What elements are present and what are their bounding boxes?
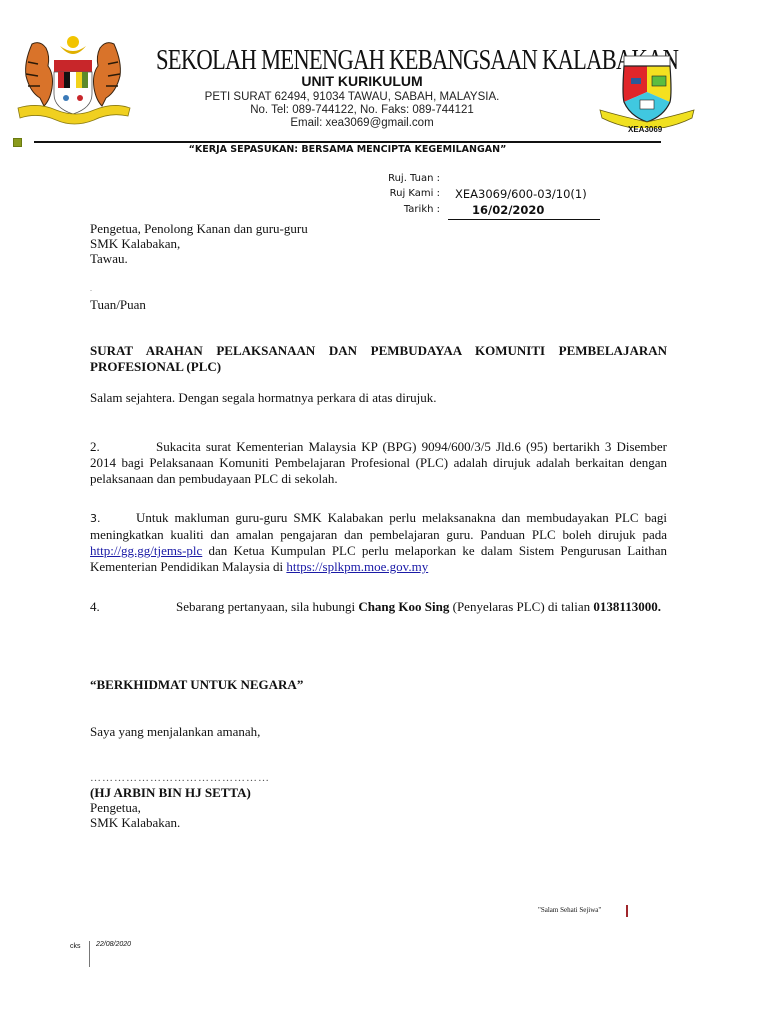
footer-tagline: "Salam Sehati Sejiwa" xyxy=(538,906,601,914)
malaysia-coat-of-arms-logo xyxy=(10,32,136,128)
phone-fax: No. Tel: 089-744122, No. Faks: 089-74412… xyxy=(156,104,568,116)
recipient-line-1: Pengetua, Penolong Kanan dan guru-guru xyxy=(90,221,308,237)
paragraph-2: 2.Sukacita surat Kementerian Malaysia KP… xyxy=(90,439,667,487)
paragraph-3-text-a: Untuk makluman guru-guru SMK Kalabakan p… xyxy=(90,510,667,542)
postal-address: PETI SURAT 62494, 91034 TAWAU, SABAH, MA… xyxy=(146,91,558,103)
unit-name: UNIT KURIKULUM xyxy=(156,73,568,89)
paragraph-3: 3.Untuk makluman guru-guru SMK Kalabakan… xyxy=(90,510,667,575)
paragraph-3-number: 3. xyxy=(90,511,106,527)
signatory-name: (HJ ARBIN BIN HJ SETTA) xyxy=(90,785,251,801)
paragraph-4: 4.Sebarang pertanyaan, sila hubungi Chan… xyxy=(90,599,667,615)
signature-line: ……………………………………… xyxy=(90,770,270,786)
stray-mark: . xyxy=(90,281,92,297)
signatory-title: Pengetua, xyxy=(90,800,141,816)
contact-phone: 0138113000. xyxy=(593,599,661,614)
signatory-org: SMK Kalabakan. xyxy=(90,815,180,831)
paragraph-4-text-a: Sebarang pertanyaan, sila hubungi xyxy=(176,599,358,614)
date-underline xyxy=(448,219,600,220)
paragraph-4-number: 4. xyxy=(90,599,106,615)
tarikh-label: Tarikh : xyxy=(350,204,440,215)
paragraph-2-text: Sukacita surat Kementerian Malaysia KP (… xyxy=(90,439,667,486)
footer-divider xyxy=(89,941,90,967)
greeting: Salam sejahtera. Dengan segala hormatnya… xyxy=(90,390,437,406)
plc-guide-link[interactable]: http://gg.gg/tjems-plc xyxy=(90,543,202,558)
recipient-line-3: Tawau. xyxy=(90,251,128,267)
footer-initials: cks xyxy=(70,943,81,950)
salutation: Tuan/Puan xyxy=(90,297,146,313)
splkpm-link[interactable]: https://splkpm.moe.gov.my xyxy=(286,559,428,574)
ruj-kami-label: Ruj Kami : xyxy=(350,188,440,199)
bullet-square-icon xyxy=(13,138,22,147)
closing-slogan: “BERKHIDMAT UNTUK NEGARA” xyxy=(90,677,303,693)
ruj-kami-value: XEA3069/600-03/10(1) xyxy=(455,187,587,201)
letter-title: SURAT ARAHAN PELAKSANAAN DAN PEMBUDAYAA … xyxy=(90,343,667,375)
ruj-tuan-label: Ruj. Tuan : xyxy=(350,173,440,184)
paragraph-4-text-b: (Penyelaras PLC) di talian xyxy=(449,599,593,614)
footer-accent-bar xyxy=(626,905,628,917)
header-divider xyxy=(34,141,661,143)
footer-date: 22/08/2020 xyxy=(96,941,131,948)
tarikh-value: 16/02/2020 xyxy=(472,203,544,217)
recipient-line-2: SMK Kalabakan, xyxy=(90,236,180,252)
email-address: Email: xea3069@gmail.com xyxy=(156,117,568,129)
paragraph-2-number: 2. xyxy=(90,439,106,455)
trust-line: Saya yang menjalankan amanah, xyxy=(90,724,260,740)
school-code: XEA3069 xyxy=(628,125,662,134)
contact-name: Chang Koo Sing xyxy=(358,599,449,614)
school-motto: “KERJA SEPASUKAN: BERSAMA MENCIPTA KEGEM… xyxy=(34,144,661,155)
